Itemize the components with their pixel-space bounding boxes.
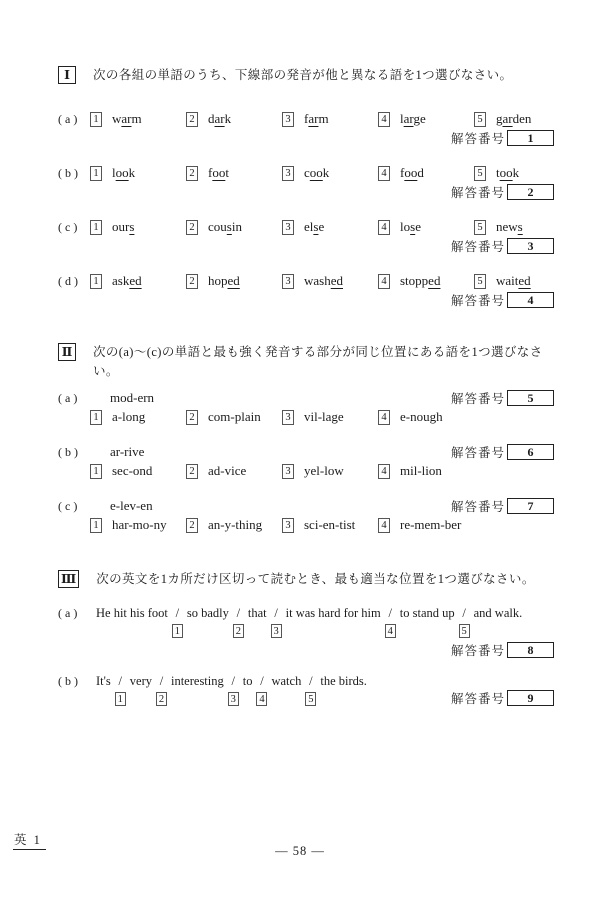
choice-number-box: 2 (186, 274, 198, 289)
answer-number-box: 2 (507, 184, 554, 200)
slash-marker: /3 (271, 605, 282, 638)
word-part: den (513, 111, 532, 126)
choice-option: 4re-mem-ber (378, 517, 461, 533)
choice-word: hoped (208, 273, 240, 289)
slash-marker: /1 (115, 673, 126, 706)
underlined-part: ed (331, 273, 343, 288)
choice-option: 4large (378, 111, 474, 127)
choice-number-box: 1 (90, 166, 102, 181)
marker-number-box: 3 (228, 692, 239, 706)
answer-number-box: 3 (507, 238, 554, 254)
choice-number-box: 3 (282, 112, 294, 127)
choice-number-box: 4 (378, 112, 390, 127)
word-part: el (304, 219, 313, 234)
choice-number-box: 2 (186, 166, 198, 181)
choice-option: 1har-mo-ny (90, 517, 186, 533)
underlined-part: oo (500, 165, 513, 180)
marker-number-box: 3 (271, 624, 282, 638)
choice-option: 2an-y-thing (186, 517, 282, 533)
choice-word: garden (496, 111, 531, 127)
page-number: — 58 — (0, 844, 600, 859)
slash-marker: /5 (459, 605, 470, 638)
slash: / (237, 605, 240, 622)
choice-option: 3else (282, 219, 378, 235)
answer-number-label: 解答番号 (451, 443, 505, 461)
choice-word: took (496, 165, 519, 181)
choice-number-box: 3 (282, 410, 294, 425)
slash: / (160, 673, 163, 690)
underlined-part: ar (121, 111, 131, 126)
question-row: ( a )1warm2dark3farm4large5garden解答番号1 (58, 111, 554, 147)
word-part: d (417, 165, 424, 180)
choice-option: 3washed (282, 273, 378, 289)
choice-word: cousin (208, 219, 242, 235)
slash: / (232, 673, 235, 690)
choice-word: warm (112, 111, 142, 127)
section-pronunciation: Ⅰ次の各組の単語のうち、下線部の発音が他と異なる語を1つ選びなさい。( a )1… (58, 66, 554, 309)
choice-option: 3yel-low (282, 463, 378, 479)
headword: ar-rive (110, 444, 144, 460)
slash: / (389, 605, 392, 622)
choice-word: look (112, 165, 135, 181)
section-instruction: 次の(a)～(c)の単語と最も強く発音する部分が同じ位置にある語を1つ選びなさい… (93, 343, 554, 381)
answer-number-box: 9 (507, 690, 554, 706)
section-stress: Ⅱ次の(a)～(c)の単語と最も強く発音する部分が同じ位置にある語を1つ選びなさ… (58, 343, 554, 535)
underlined-part: ar (308, 111, 318, 126)
section-heading: Ⅰ次の各組の単語のうち、下線部の発音が他と異なる語を1つ選びなさい。 (58, 66, 554, 85)
word-part: in (232, 219, 242, 234)
marker-number-box: 5 (459, 624, 470, 638)
row-label: ( a ) (58, 391, 90, 406)
underlined-part: ed (428, 273, 440, 288)
choice-word: asked (112, 273, 142, 289)
choice-option: 4mil-lion (378, 463, 442, 479)
word-part: ask (112, 273, 129, 288)
underlined-part: oo (116, 165, 129, 180)
sentence-segment: to stand up (400, 605, 455, 622)
choice-word: farm (304, 111, 329, 127)
underlined-part: s (518, 219, 523, 234)
section-instruction: 次の英文を1カ所だけ区切って読むとき、最も適当な位置を1つ選びなさい。 (96, 570, 535, 589)
answer-number-label: 解答番号 (451, 237, 505, 255)
choice-word: har-mo-ny (112, 517, 167, 533)
choice-number-box: 1 (90, 410, 102, 425)
headword-line: ( b )ar-rive解答番号6 (58, 443, 554, 461)
choice-number-box: 2 (186, 220, 198, 235)
segmented-sentence: It's/1very/2interesting/3to/4watch/5the … (96, 673, 367, 706)
word-part: t (225, 165, 229, 180)
choice-number-box: 4 (378, 464, 390, 479)
answer-number-box: 5 (507, 390, 554, 406)
choice-word: food (400, 165, 424, 181)
word-part: k (225, 111, 232, 126)
choice-option: 1warm (90, 111, 186, 127)
question-row: ( b )ar-rive解答番号61sec-ond2ad-vice3yel-lo… (58, 443, 554, 481)
choice-word: dark (208, 111, 231, 127)
choice-option: 4stopped (378, 273, 474, 289)
headword-line: ( a )mod-ern解答番号5 (58, 389, 554, 407)
choice-number-box: 5 (474, 112, 486, 127)
slash: / (274, 605, 277, 622)
exam-content: Ⅰ次の各組の単語のうち、下線部の発音が他と異なる語を1つ選びなさい。( a )1… (0, 0, 600, 707)
row-label: ( b ) (58, 673, 96, 690)
answer-number-label: 解答番号 (451, 291, 505, 309)
word-part: ge (414, 111, 426, 126)
word-part: lo (400, 219, 410, 234)
word-part: w (112, 111, 121, 126)
choices-line: 1har-mo-ny2an-y-thing3sci-en-tist4re-mem… (58, 515, 554, 535)
choices-line: ( b )1look2foot3cook4food5took (58, 165, 554, 183)
headword-line: ( c )e-lev-en解答番号7 (58, 497, 554, 515)
choice-word: stopped (400, 273, 440, 289)
row-label: ( d ) (58, 274, 90, 289)
marker-number-box: 1 (172, 624, 183, 638)
choices-line: ( d )1asked2hoped3washed4stopped5waited (58, 273, 554, 291)
question-row: ( c )1ours2cousin3else4lose5news解答番号3 (58, 219, 554, 255)
section-numeral: Ⅲ (58, 570, 79, 588)
answer-number-box: 6 (507, 444, 554, 460)
choice-number-box: 2 (186, 112, 198, 127)
headword: e-lev-en (110, 498, 153, 514)
choices-line: ( a )1warm2dark3farm4large5garden (58, 111, 554, 129)
choice-number-box: 3 (282, 518, 294, 533)
choice-option: 2ad-vice (186, 463, 282, 479)
slash-marker: /4 (256, 673, 267, 706)
choice-option: 3cook (282, 165, 378, 181)
sentence-line: ( a )He hit his foot/1so badly/2that/3it… (58, 605, 554, 638)
choice-option: 4food (378, 165, 474, 181)
word-part: stopp (400, 273, 428, 288)
section-heading: Ⅲ次の英文を1カ所だけ区切って読むとき、最も適当な位置を1つ選びなさい。 (58, 570, 554, 589)
choice-number-box: 4 (378, 274, 390, 289)
underlined-part: ar (404, 111, 414, 126)
choice-number-box: 2 (186, 518, 198, 533)
choice-option: 4e-nough (378, 409, 443, 425)
choice-word: large (400, 111, 426, 127)
choice-word: mil-lion (400, 463, 442, 479)
row-label: ( c ) (58, 499, 90, 514)
choice-word: lose (400, 219, 421, 235)
choice-number-box: 2 (186, 464, 198, 479)
choice-word: e-nough (400, 409, 443, 425)
choice-option: 5news (474, 219, 523, 235)
choice-number-box: 4 (378, 166, 390, 181)
question-row: ( b )1look2foot3cook4food5took解答番号2 (58, 165, 554, 201)
slash: / (260, 673, 263, 690)
answer-number-line: 解答番号3 (58, 237, 554, 255)
marker-number-box: 4 (256, 692, 267, 706)
marker-number-box: 5 (305, 692, 316, 706)
sentence-segment: interesting (171, 673, 224, 690)
choice-option: 2hoped (186, 273, 282, 289)
sentence-segment: and walk. (474, 605, 523, 622)
underlined-part: oo (212, 165, 225, 180)
slash-marker: /1 (172, 605, 183, 638)
sentence-segment: it was hard for him (286, 605, 381, 622)
choice-number-box: 4 (378, 518, 390, 533)
choice-option: 4lose (378, 219, 474, 235)
choice-option: 2cousin (186, 219, 282, 235)
slash-marker: /4 (385, 605, 396, 638)
underlined-part: ed (228, 273, 240, 288)
slash-marker: /2 (156, 673, 167, 706)
word-part: new (496, 219, 518, 234)
choices-line: 1a-long2com-plain3vil-lage4e-nough (58, 407, 554, 427)
word-part: wash (304, 273, 331, 288)
slash: / (309, 673, 312, 690)
choice-word: cook (304, 165, 329, 181)
slash-marker: /5 (305, 673, 316, 706)
choice-number-box: 3 (282, 220, 294, 235)
answer-number-label: 解答番号 (451, 689, 505, 707)
slash: / (462, 605, 465, 622)
choice-number-box: 4 (378, 220, 390, 235)
word-part: e (318, 219, 324, 234)
segmented-sentence: He hit his foot/1so badly/2that/3it was … (96, 605, 522, 638)
choice-option: 2dark (186, 111, 282, 127)
row-label: ( a ) (58, 605, 96, 622)
choice-word: an-y-thing (208, 517, 262, 533)
word-part: wait (496, 273, 518, 288)
answer-number-label: 解答番号 (451, 497, 505, 515)
choice-word: com-plain (208, 409, 261, 425)
choice-number-box: 2 (186, 410, 198, 425)
underlined-part: s (129, 219, 134, 234)
slash-marker: /3 (228, 673, 239, 706)
choice-number-box: 1 (90, 220, 102, 235)
underlined-part: ar (503, 111, 513, 126)
answer-number-box: 4 (507, 292, 554, 308)
choice-option: 5garden (474, 111, 531, 127)
choice-number-box: 1 (90, 112, 102, 127)
answer-number-line: 解答番号8 (58, 641, 554, 659)
headword: mod-ern (110, 390, 154, 406)
answer-number-box: 7 (507, 498, 554, 514)
word-part: e (415, 219, 421, 234)
choice-number-box: 3 (282, 166, 294, 181)
underlined-part: oo (310, 165, 323, 180)
row-label: ( b ) (58, 445, 90, 460)
underlined-part: ar (215, 111, 225, 126)
choice-option: 1ours (90, 219, 186, 235)
choice-option: 2com-plain (186, 409, 282, 425)
question-row: ( a )He hit his foot/1so badly/2that/3it… (58, 605, 554, 659)
word-part: m (318, 111, 328, 126)
sentence-segment: to (243, 673, 253, 690)
answer-number-line: 解答番号2 (58, 183, 554, 201)
sentence-segment: watch (271, 673, 301, 690)
sentence-segment: He hit his foot (96, 605, 168, 622)
choice-option: 1asked (90, 273, 186, 289)
sentence-segment: so badly (187, 605, 229, 622)
answer-number-line: 解答番号1 (58, 129, 554, 147)
sentence-segment: very (130, 673, 152, 690)
choice-option: 3farm (282, 111, 378, 127)
choice-option: 3vil-lage (282, 409, 378, 425)
answer-number-label: 解答番号 (451, 389, 505, 407)
choice-word: sec-ond (112, 463, 152, 479)
slash-marker: /2 (233, 605, 244, 638)
choice-number-box: 4 (378, 410, 390, 425)
section-numeral: Ⅰ (58, 66, 76, 84)
underlined-part: ed (129, 273, 141, 288)
question-row: ( d )1asked2hoped3washed4stopped5waited解… (58, 273, 554, 309)
sentence-segment: that (248, 605, 267, 622)
question-row: ( c )e-lev-en解答番号71har-mo-ny2an-y-thing3… (58, 497, 554, 535)
choice-number-box: 5 (474, 220, 486, 235)
marker-number-box: 4 (385, 624, 396, 638)
choice-word: washed (304, 273, 343, 289)
choices-line: ( c )1ours2cousin3else4lose5news (58, 219, 554, 237)
answer-number-label: 解答番号 (451, 129, 505, 147)
choice-word: re-mem-ber (400, 517, 461, 533)
choice-word: vil-lage (304, 409, 344, 425)
choice-number-box: 5 (474, 274, 486, 289)
choice-option: 1look (90, 165, 186, 181)
choice-number-box: 1 (90, 464, 102, 479)
choice-word: else (304, 219, 324, 235)
choice-number-box: 3 (282, 464, 294, 479)
answer-number-box: 1 (507, 130, 554, 146)
row-label: ( a ) (58, 112, 90, 127)
choice-word: waited (496, 273, 531, 289)
choice-option: 3sci-en-tist (282, 517, 378, 533)
choice-option: 1sec-ond (90, 463, 186, 479)
choices-line: 1sec-ond2ad-vice3yel-low4mil-lion (58, 461, 554, 481)
section-numeral: Ⅱ (58, 343, 76, 361)
choice-word: ad-vice (208, 463, 246, 479)
word-part: cou (208, 219, 227, 234)
question-row: ( a )mod-ern解答番号51a-long2com-plain3vil-l… (58, 389, 554, 427)
row-label: ( c ) (58, 220, 90, 235)
choice-number-box: 1 (90, 274, 102, 289)
word-part: m (132, 111, 142, 126)
word-part: k (513, 165, 520, 180)
choice-word: sci-en-tist (304, 517, 355, 533)
choice-option: 1a-long (90, 409, 186, 425)
exam-page: Ⅰ次の各組の単語のうち、下線部の発音が他と異なる語を1つ選びなさい。( a )1… (0, 0, 600, 900)
choice-word: news (496, 219, 523, 235)
underlined-part: oo (404, 165, 417, 180)
choice-number-box: 3 (282, 274, 294, 289)
question-row: ( b )It's/1very/2interesting/3to/4watch/… (58, 673, 554, 707)
choice-option: 5took (474, 165, 519, 181)
sentence-segment: the birds. (320, 673, 367, 690)
word-part: our (112, 219, 129, 234)
answer-number-label: 解答番号 (451, 183, 505, 201)
section-segmentation: Ⅲ次の英文を1カ所だけ区切って読むとき、最も適当な位置を1つ選びなさい。( a … (58, 570, 554, 707)
choice-number-box: 5 (474, 166, 486, 181)
underlined-part: ed (518, 273, 530, 288)
section-instruction: 次の各組の単語のうち、下線部の発音が他と異なる語を1つ選びなさい。 (93, 66, 512, 85)
choice-option: 2foot (186, 165, 282, 181)
marker-number-box: 2 (156, 692, 167, 706)
marker-number-box: 1 (115, 692, 126, 706)
answer-number-box: 8 (507, 642, 554, 658)
section-heading: Ⅱ次の(a)～(c)の単語と最も強く発音する部分が同じ位置にある語を1つ選びなさ… (58, 343, 554, 381)
word-part: k (129, 165, 136, 180)
word-part: hop (208, 273, 228, 288)
slash: / (119, 673, 122, 690)
choice-option: 5waited (474, 273, 531, 289)
row-label: ( b ) (58, 166, 90, 181)
answer-number-line: 解答番号4 (58, 291, 554, 309)
answer-number-label: 解答番号 (451, 641, 505, 659)
choice-word: foot (208, 165, 229, 181)
choice-number-box: 1 (90, 518, 102, 533)
marker-number-box: 2 (233, 624, 244, 638)
word-part: k (323, 165, 330, 180)
choice-word: yel-low (304, 463, 344, 479)
slash: / (176, 605, 179, 622)
sentence-segment: It's (96, 673, 111, 690)
choice-word: ours (112, 219, 134, 235)
choice-word: a-long (112, 409, 145, 425)
